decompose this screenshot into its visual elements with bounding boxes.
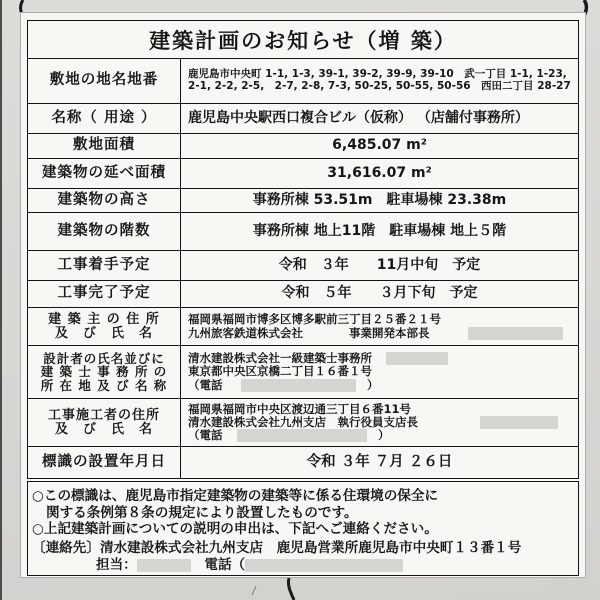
- redacted-text: [386, 352, 448, 365]
- row-value-line: 31,616.07 m²: [181, 166, 578, 182]
- row-value-line: （電話 ）: [188, 379, 575, 392]
- row-value-line: 令和 ３年 ７月 ２６日: [181, 454, 578, 471]
- row-value-line: 令和 ５年 ３月下旬 予定: [181, 286, 578, 302]
- row-label-line: 建 築 士 事 務 所 の: [41, 365, 168, 378]
- row-value-line: 東京都中央区京橋二丁目１６番１号: [188, 365, 575, 378]
- text-segment: ）: [367, 429, 390, 442]
- row-value-line: （電話 ）: [188, 429, 575, 442]
- row-value-line: 福岡県福岡市中央区渡辺通三丁目６番11号: [188, 403, 575, 416]
- table-row-building-name-use: 名称（ 用途 ）鹿児島中央駅西口複合ビル（仮称） （店舗付事務所）: [28, 104, 578, 134]
- scratch-mark-icon: [248, 585, 260, 597]
- row-label: 建築物の高さ: [28, 189, 181, 212]
- table-row-owner-address-name: 建 築 主 の 住 所及 び 氏 名福岡県福岡市博多区博多駅前三丁目２５番２１号…: [28, 308, 578, 346]
- table-row-building-height: 建築物の高さ事務所棟 53.51m 駐車場棟 23.38m: [28, 189, 578, 213]
- text-segment: 事務所棟 53.51m 駐車場棟 23.38m: [253, 193, 507, 209]
- row-value-line: 事務所棟 53.51m 駐車場棟 23.38m: [181, 193, 578, 209]
- row-label-line: 敷地の地名地番: [50, 73, 159, 88]
- text-segment: 鹿児島中央駅西口複合ビル（仮称） （店舗付事務所）: [188, 111, 529, 127]
- table-row-construction-end: 工事完了予定令和 ５年 ３月下旬 予定: [28, 281, 578, 308]
- row-value-line: 6,485.07 m²: [181, 138, 578, 154]
- photo-left-edge: [0, 0, 2, 600]
- redacted-text: [237, 429, 367, 442]
- row-label: 工事施工者の住所及 び 氏 名: [28, 399, 181, 446]
- text-segment: ）: [356, 379, 379, 392]
- row-label-line: 工事着手予定: [58, 258, 151, 273]
- text-segment: 九州旅客鉄道株式会社 事業開発本部長: [188, 327, 430, 340]
- row-label: 工事着手予定: [28, 251, 181, 280]
- row-label: 建築物の階数: [28, 213, 181, 250]
- row-label-line: 建築物の高さ: [58, 193, 151, 208]
- row-value-line: 福岡県福岡市博多区博多駅前三丁目２５番２１号: [188, 313, 575, 326]
- redacted-text: [245, 559, 403, 572]
- row-label-line: 名称（ 用途 ）: [51, 111, 156, 126]
- text-segment: 福岡県福岡市中央区渡辺通三丁目６番11号: [188, 403, 411, 416]
- row-value-line: 九州旅客鉄道株式会社 事業開発本部長: [188, 327, 575, 340]
- table-row-building-floors: 建築物の階数事務所棟 地上11階 駐車場棟 地上５階: [28, 213, 578, 251]
- contact-address-line: 〔連絡先〕清水建設株式会社九州支店 鹿児島営業所鹿児島市中央町１３番１号: [32, 540, 574, 557]
- row-label: 敷地面積: [28, 134, 181, 158]
- text-segment: 東京都中央区京橋二丁目１６番１号: [188, 365, 372, 378]
- note-line: ○この標識は、鹿児島市指定建築物の建築等に係る住環境の保全に: [32, 488, 574, 505]
- sign-title: 建築計画のお知らせ（増 築）: [28, 21, 578, 59]
- row-label-line: 及 び 氏 名: [55, 423, 153, 437]
- text-segment: 事務所棟 地上11階 駐車場棟 地上５階: [253, 224, 506, 240]
- row-value: 6,485.07 m²: [181, 134, 578, 158]
- row-value-line: 令和 ３年 11月中旬 予定: [181, 258, 578, 274]
- redacted-text: [241, 379, 356, 392]
- text-segment: 福岡県福岡市博多区博多駅前三丁目２５番２１号: [188, 313, 441, 326]
- row-value: 清水建設株式会社一級建築士事務所東京都中央区京橋二丁目１６番１号（電話 ）: [181, 346, 578, 398]
- text-segment: 6,485.07 m²: [332, 138, 427, 154]
- row-label: 建築物の延べ面積: [28, 159, 181, 188]
- row-label-line: 標識の設置年月日: [42, 455, 166, 470]
- note-line: ○上記建築計画についての説明の申出は、下記へご連絡ください。: [32, 521, 574, 538]
- row-value-line: 鹿児島中央駅西口複合ビル（仮称） （店舗付事務所）: [188, 111, 575, 127]
- row-label-line: 所 在 地 及 び 名 称: [41, 379, 168, 392]
- table-row-sign-installation-date: 標識の設置年月日令和 ３年 ７月 ２６日: [28, 447, 578, 478]
- row-value: 事務所棟 53.51m 駐車場棟 23.38m: [181, 189, 578, 212]
- row-label-line: 工事施工者の住所: [48, 409, 160, 423]
- text-segment: 令和 ３年 11月中旬 予定: [279, 258, 480, 274]
- text-segment: 2-1, 2-2, 2-5, 2-7, 2-8, 7-3, 50-25, 50-…: [188, 81, 571, 93]
- notes-section: ○この標識は、鹿児島市指定建築物の建築等に係る住環境の保全に関する条例第８条の規…: [27, 481, 579, 576]
- row-value: 福岡県福岡市中央区渡辺通三丁目６番11号清水建設株式会社九州支店 執行役員支店長…: [181, 399, 578, 446]
- redacted-text: [480, 416, 558, 429]
- table-row-contractor-address-name: 工事施工者の住所及 び 氏 名福岡県福岡市中央区渡辺通三丁目６番11号清水建設株…: [28, 399, 578, 447]
- table-row-designer-office: 設計者の氏名並びに建 築 士 事 務 所 の所 在 地 及 び 名 称清水建設株…: [28, 346, 578, 399]
- row-value: 鹿児島市中央町 1-1, 1-3, 39-1, 39-2, 39-9, 39-1…: [181, 59, 578, 103]
- row-label: 設計者の氏名並びに建 築 士 事 務 所 の所 在 地 及 び 名 称: [28, 346, 181, 398]
- row-label-line: 工事完了予定: [58, 286, 151, 301]
- cable-icon: [280, 578, 302, 600]
- table-rows: 敷地の地名地番鹿児島市中央町 1-1, 1-3, 39-1, 39-2, 39-…: [28, 59, 578, 478]
- text-segment: 担当：: [96, 557, 137, 574]
- row-label: 建 築 主 の 住 所及 び 氏 名: [28, 308, 181, 345]
- text-segment: 電話（: [191, 557, 245, 574]
- row-label: 敷地の地名地番: [28, 59, 181, 103]
- row-value: 令和 ５年 ３月下旬 予定: [181, 281, 578, 307]
- row-label-line: 建 築 主 の 住 所: [48, 313, 160, 327]
- row-label-line: 敷地面積: [73, 138, 135, 153]
- row-label-line: 建築物の延べ面積: [42, 166, 166, 181]
- row-label: 工事完了予定: [28, 281, 181, 307]
- redacted-text: [468, 327, 563, 340]
- row-label: 標識の設置年月日: [28, 447, 181, 478]
- row-value-line: 事務所棟 地上11階 駐車場棟 地上５階: [181, 224, 578, 240]
- row-value: 鹿児島中央駅西口複合ビル（仮称） （店舗付事務所）: [181, 104, 578, 133]
- table-row-total-floor-area: 建築物の延べ面積31,616.07 m²: [28, 159, 578, 189]
- row-value: 令和 ３年 11月中旬 予定: [181, 251, 578, 280]
- note-line: 関する条例第８条の規定により設置したものです。: [32, 505, 574, 522]
- contact-person-line: 担当： 電話（: [32, 557, 574, 574]
- row-value: 福岡県福岡市博多区博多駅前三丁目２５番２１号九州旅客鉄道株式会社 事業開発本部長: [181, 308, 578, 345]
- text-segment: （電話: [188, 429, 223, 442]
- table-row-construction-start: 工事着手予定令和 ３年 11月中旬 予定: [28, 251, 578, 281]
- text-segment: （電話: [188, 379, 223, 392]
- row-label-line: 建築物の階数: [58, 224, 151, 239]
- notes-lines: ○この標識は、鹿児島市指定建築物の建築等に係る住環境の保全に関する条例第８条の規…: [32, 488, 574, 538]
- notice-table: 建築計画のお知らせ（増 築） 敷地の地名地番鹿児島市中央町 1-1, 1-3, …: [27, 20, 579, 479]
- row-value-line: 2-1, 2-2, 2-5, 2-7, 2-8, 7-3, 50-25, 50-…: [188, 81, 575, 93]
- row-value: 31,616.07 m²: [181, 159, 578, 188]
- row-value: 令和 ３年 ７月 ２６日: [181, 447, 578, 478]
- row-label: 名称（ 用途 ）: [28, 104, 181, 133]
- row-label-line: 及 び 氏 名: [55, 327, 153, 341]
- table-row-site-area: 敷地面積6,485.07 m²: [28, 134, 578, 159]
- text-segment: 31,616.07 m²: [327, 166, 431, 182]
- table-row-site-address: 敷地の地名地番鹿児島市中央町 1-1, 1-3, 39-1, 39-2, 39-…: [28, 59, 578, 104]
- construction-notice-sign: 建築計画のお知らせ（増 築） 敷地の地名地番鹿児島市中央町 1-1, 1-3, …: [20, 12, 586, 578]
- sign-title-text: 建築計画のお知らせ（増 築）: [149, 25, 457, 55]
- row-value: 事務所棟 地上11階 駐車場棟 地上５階: [181, 213, 578, 250]
- text-segment: 令和 ５年 ３月下旬 予定: [282, 286, 478, 302]
- redacted-text: [137, 559, 191, 572]
- text-segment: 令和 ３年 ７月 ２６日: [307, 454, 453, 471]
